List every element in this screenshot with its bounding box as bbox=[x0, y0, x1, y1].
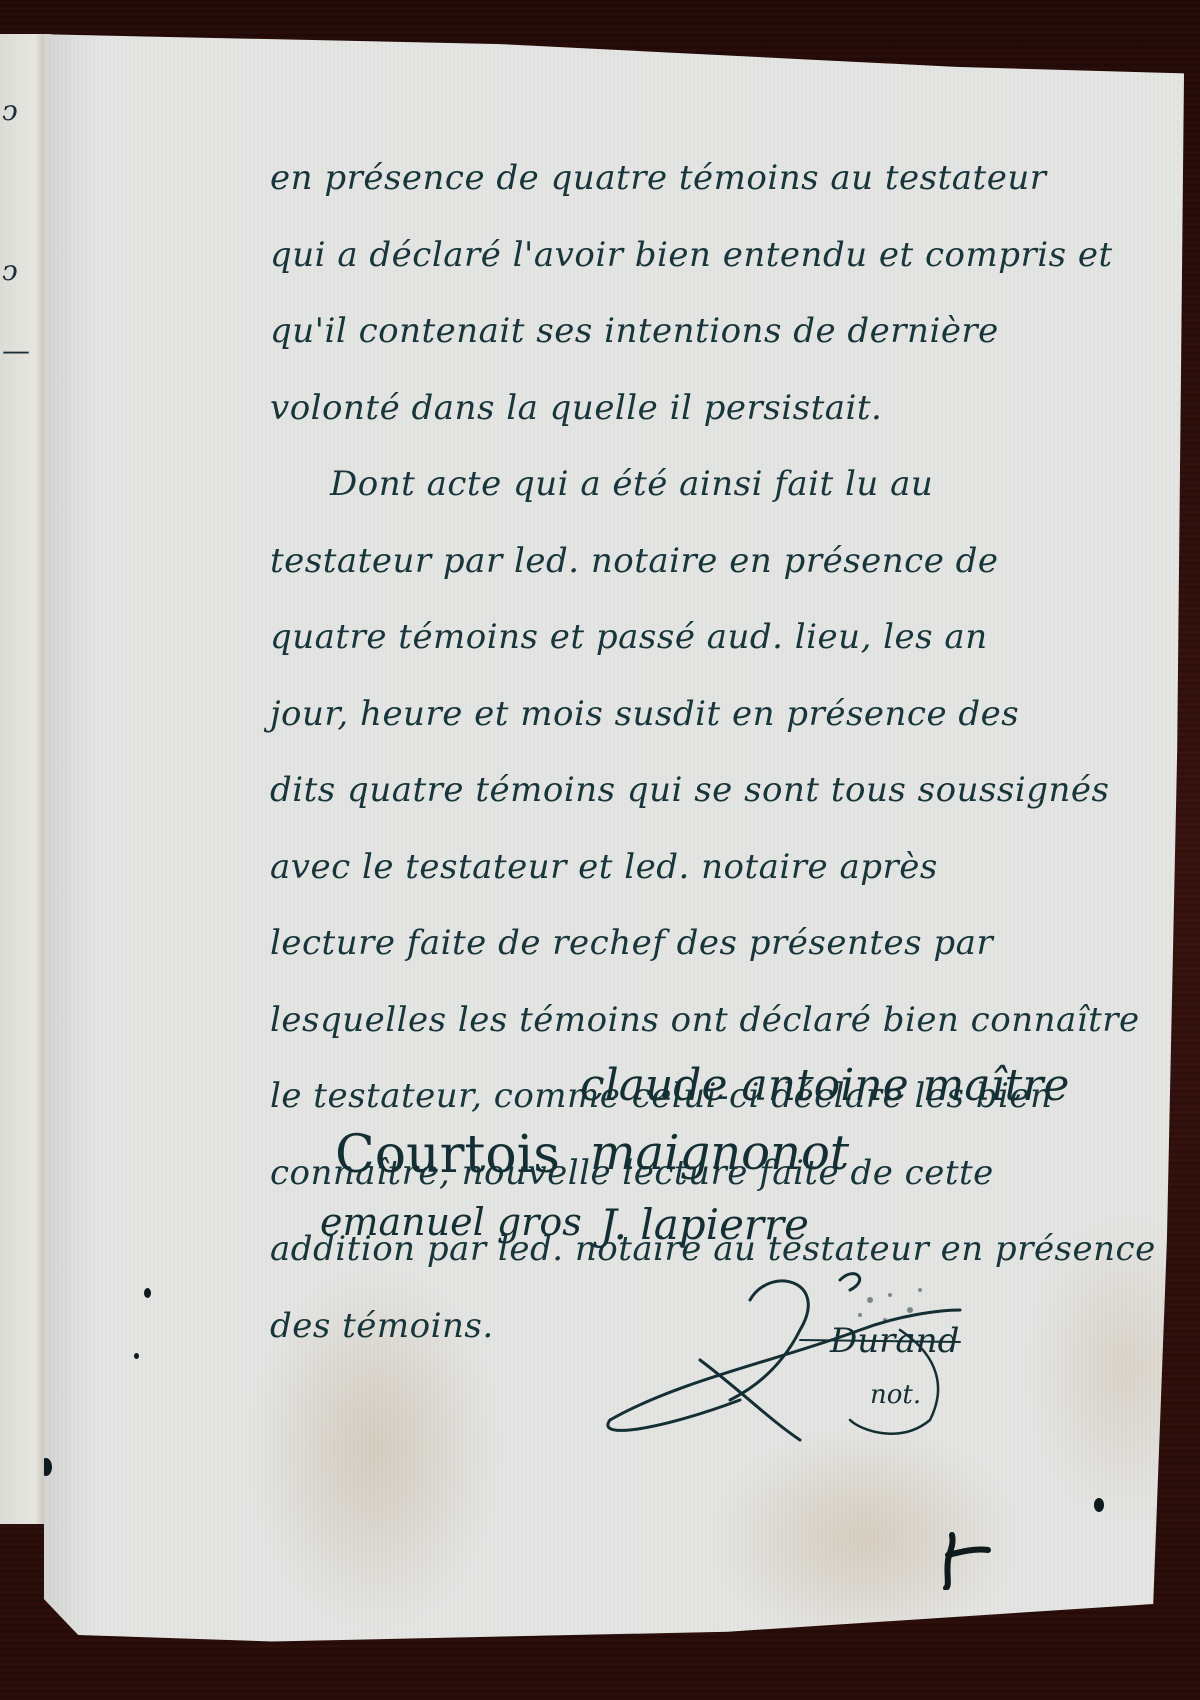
notary-abbreviation: not. bbox=[870, 1380, 921, 1410]
manuscript-line: jour, heure et mois susdit en présence d… bbox=[270, 676, 1110, 753]
notary-name: Durand bbox=[829, 1321, 959, 1361]
facing-page-ink-mark: ↄ bbox=[2, 94, 18, 127]
notary-signature: Durand not. bbox=[600, 1270, 1000, 1450]
signature-lapierre: J. lapierre bbox=[600, 1200, 809, 1249]
facing-page-ink-mark: ↄ bbox=[2, 254, 18, 287]
signature-claude-antoine: claude antoine maître bbox=[580, 1060, 1069, 1111]
ink-spot bbox=[134, 1353, 139, 1359]
manuscript-line: dits quatre témoins qui se sont tous sou… bbox=[270, 752, 1110, 829]
manuscript-line: Dont acte qui a été ainsi fait lu au bbox=[270, 446, 1110, 523]
notary-flourish-icon: Durand bbox=[600, 1270, 1000, 1450]
ink-spot bbox=[144, 1288, 151, 1298]
manuscript-line: qu'il contenait ses intentions de derniè… bbox=[270, 293, 1110, 370]
manuscript-line: lesquelles les témoins ont déclaré bien … bbox=[270, 982, 1110, 1059]
manuscript-line: volonté dans la quelle il persistait. bbox=[270, 370, 1110, 447]
facing-page-ink-mark: — bbox=[2, 334, 30, 367]
signature-courtois: Courtois bbox=[335, 1125, 560, 1185]
manuscript-line: qui a déclaré l'avoir bien entendu et co… bbox=[270, 217, 1110, 294]
manuscript-line: en présence de quatre témoins au testate… bbox=[270, 140, 1110, 217]
manuscript-line: quatre témoins et passé aud. lieu, les a… bbox=[270, 599, 1110, 676]
signature-emanuel-gros: emanuel gros bbox=[320, 1200, 582, 1244]
manuscript-line: avec le testateur et led. notaire après bbox=[270, 829, 1110, 906]
manuscript-line: testateur par led. notaire en présence d… bbox=[270, 523, 1110, 600]
ink-mark-bottom bbox=[940, 1530, 1000, 1590]
manuscript-line: lecture faite de rechef des présentes pa… bbox=[270, 905, 1110, 982]
signature-maignonot: maignonot bbox=[590, 1125, 849, 1181]
ink-spot bbox=[1094, 1498, 1104, 1512]
